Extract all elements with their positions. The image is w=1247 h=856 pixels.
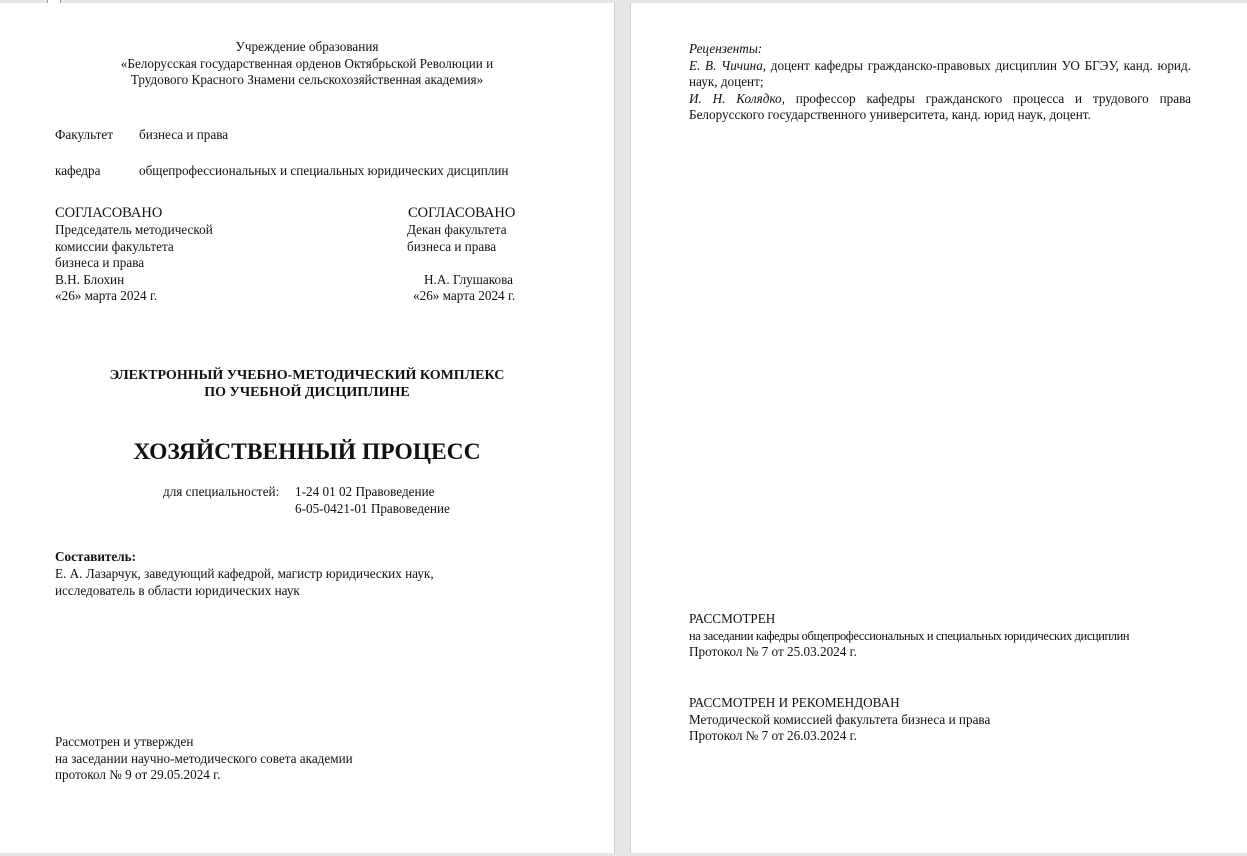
institution-line: «Белорусская государственная орденов Окт… [0,56,614,73]
subject-title: ХОЗЯЙСТВЕННЫЙ ПРОЦЕСС [0,437,614,467]
author-line: исследователь в области юридических наук [55,583,434,600]
faculty-label: Факультет [55,127,113,144]
agreed-position: бизнеса и права [407,239,515,256]
department-label: кафедра [55,163,100,180]
agreed-name: Н.А. Глушакова [407,272,515,289]
agreed-date: «26» марта 2024 г. [55,288,213,305]
approval-line: на заседании научно-методического совета… [55,751,353,768]
commission-recommendation: РАССМОТРЕН И РЕКОМЕНДОВАН Методической к… [689,695,990,745]
complex-title-line: ПО УЧЕБНОЙ ДИСЦИПЛИНЕ [0,384,614,401]
author-details: Е. А. Лазарчук, заведующий кафедрой, маг… [55,566,434,599]
complex-title: ЭЛЕКТРОННЫЙ УЧЕБНО-МЕТОДИЧЕСКИЙ КОМПЛЕКС… [0,367,614,401]
agreed-heading: СОГЛАСОВАНО [55,205,213,222]
agreed-name: В.Н. Блохин [55,272,213,289]
institution-header: Учреждение образования «Белорусская госу… [0,39,614,89]
approval-note: Рассмотрен и утвержден на заседании науч… [55,734,353,784]
reviewer-entry: Е. В. Чичина, доцент кафедры гражданско-… [689,58,1191,91]
specialty-item: 6-05-0421-01 Правоведение [295,501,450,518]
review-heading: РАССМОТРЕН И РЕКОМЕНДОВАН [689,695,990,712]
review-heading: РАССМОТРЕН [689,611,1129,628]
document-page-2: Рецензенты: Е. В. Чичина, доцент кафедры… [630,3,1247,853]
review-protocol: Протокол № 7 от 25.03.2024 г. [689,644,1129,661]
reviewers-block: Рецензенты: Е. В. Чичина, доцент кафедры… [689,41,1191,124]
agreed-date: «26» марта 2024 г. [407,288,515,305]
agreed-heading: СОГЛАСОВАНО [407,205,515,222]
author-line: Е. А. Лазарчук, заведующий кафедрой, маг… [55,566,434,583]
complex-title-line: ЭЛЕКТРОННЫЙ УЧЕБНО-МЕТОДИЧЕСКИЙ КОМПЛЕКС [0,367,614,384]
department-review: РАССМОТРЕН на заседании кафедры общепроф… [689,611,1129,661]
agreed-position: бизнеса и права [55,255,213,272]
institution-line: Учреждение образования [0,39,614,56]
approval-line: протокол № 9 от 29.05.2024 г. [55,767,353,784]
reviewer-name: И. Н. Колядко, [689,91,785,106]
specialties-label: для специальностей: [163,484,279,501]
reviewer-entry: И. Н. Колядко, профессор кафедры граждан… [689,91,1191,124]
review-line: на заседании кафедры общепрофессиональны… [689,628,1129,645]
agreed-position: Председатель методической [55,222,213,239]
reviewers-label: Рецензенты: [689,41,1191,58]
agreed-block-left: СОГЛАСОВАНО Председатель методической ко… [55,205,213,305]
specialties-list: 1-24 01 02 Правоведение 6-05-0421-01 Пра… [295,484,450,517]
specialty-item: 1-24 01 02 Правоведение [295,484,450,501]
review-protocol: Протокол № 7 от 26.03.2024 г. [689,728,990,745]
review-line: Методической комиссией факультета бизнес… [689,712,990,729]
document-page-1: Учреждение образования «Белорусская госу… [0,3,615,853]
agreed-block-right: СОГЛАСОВАНО Декан факультета бизнеса и п… [407,205,515,305]
author-label: Составитель: [55,549,136,566]
reviewer-name: Е. В. Чичина, [689,58,766,73]
agreed-position: комиссии факультета [55,239,213,256]
faculty-value: бизнеса и права [139,127,228,144]
department-value: общепрофессиональных и специальных юриди… [139,163,508,180]
approval-line: Рассмотрен и утвержден [55,734,353,751]
agreed-position: Декан факультета [407,222,515,239]
institution-line: Трудового Красного Знамени сельскохозяйс… [0,72,614,89]
